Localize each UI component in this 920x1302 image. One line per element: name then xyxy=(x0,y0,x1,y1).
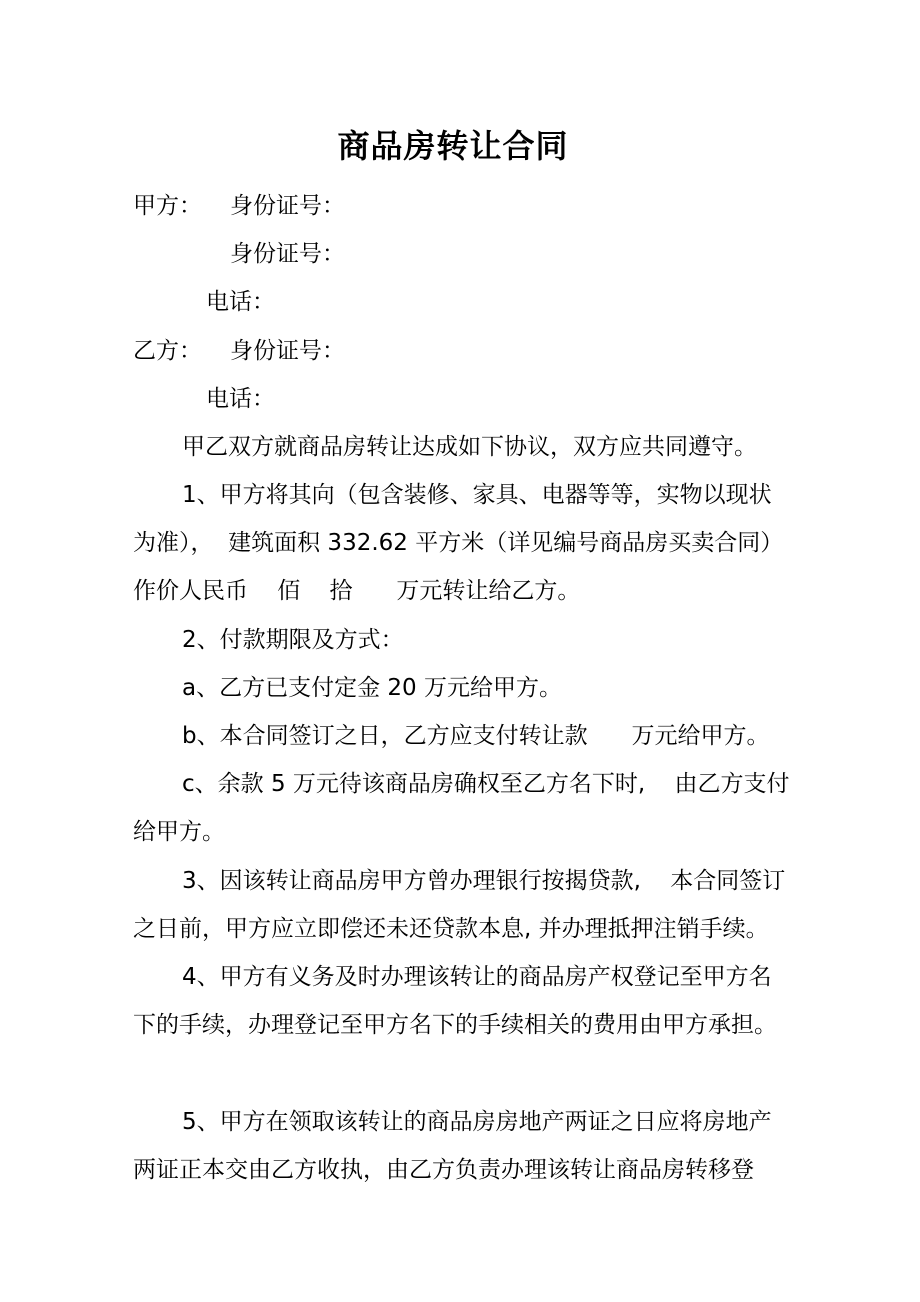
clause-2-item-a: a、乙方已支付定金 20 万元给甲方。 xyxy=(182,672,562,704)
clause-2-heading: 2、付款期限及方式： xyxy=(182,624,404,656)
agreement-intro: 甲乙双方就商品房转让达成如下协议，双方应共同遵守。 xyxy=(182,431,757,463)
clause-4-line-1: 4、甲方有义务及时办理该转让的商品房产权登记至甲方名 xyxy=(182,961,772,993)
clause-1-line-3: 作价人民币 佰 拾 万元转让给乙方。 xyxy=(133,575,580,607)
clause-3-line-2: 之日前，甲方应立即偿还未还贷款本息, 并办理抵押注销手续。 xyxy=(133,913,769,945)
party-a-id-label-1: 身份证号： xyxy=(230,190,345,222)
clause-2-item-c-line-2: 给甲方。 xyxy=(133,816,225,848)
clause-1-line-1: 1、甲方将其向（包含装修、家具、电器等等，实物以现状 xyxy=(182,479,772,511)
clause-5-line-1: 5、甲方在领取该转让的商品房房地产两证之日应将房地产 xyxy=(182,1106,772,1138)
party-b-id-label: 身份证号： xyxy=(230,335,345,367)
clause-3-line-1: 3、因该转让商品房甲方曾办理银行按揭贷款, 本合同签订 xyxy=(182,865,785,897)
clause-2-item-b: b、本合同签订之日，乙方应支付转让款 万元给甲方。 xyxy=(182,720,769,752)
clause-4-line-2: 下的手续，办理登记至甲方名下的手续相关的费用由甲方承担。 xyxy=(133,1009,777,1041)
party-b-phone-label: 电话： xyxy=(206,383,275,415)
party-a-label: 甲方： xyxy=(133,190,202,222)
clause-1-line-2: 为准）， 建筑面积 332.62 平方米（详见编号商品房买卖合同） xyxy=(133,527,783,559)
clause-2-item-c-line-1: c、余款 5 万元待该商品房确权至乙方名下时, 由乙方支付 xyxy=(182,768,789,800)
party-b-label: 乙方： xyxy=(133,335,202,367)
party-a-phone-label: 电话： xyxy=(206,286,275,318)
clause-5-line-2: 两证正本交由乙方收执，由乙方负责办理该转让商品房转移登 xyxy=(133,1154,754,1186)
document-page: 商品房转让合同 甲方： 身份证号： 身份证号： 电话： 乙方： 身份证号： 电话… xyxy=(0,0,920,1302)
party-a-id-label-2: 身份证号： xyxy=(230,238,345,270)
document-title: 商品房转让合同 xyxy=(0,124,906,168)
